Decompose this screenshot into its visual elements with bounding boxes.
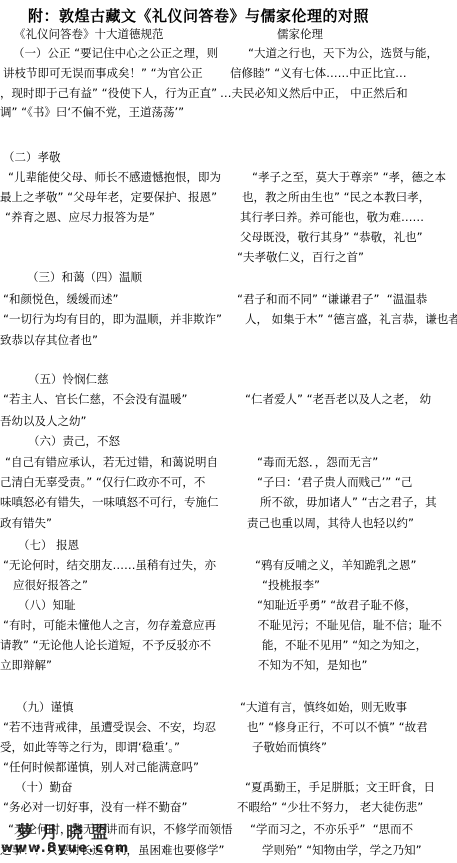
right-text-line: “知耻近乎勇” “故君子耻不修， (257, 598, 417, 613)
right-column-header: 儒家伦理 (277, 27, 323, 42)
right-text-line: 不暇给” “少壮不努力， 老大徒伤悲” (237, 800, 423, 815)
left-text-line: 讲枝节即可无误而事成矣！” “为官公正 (3, 66, 203, 81)
right-text-line: “大道有言，慎终如始，则无败事 (240, 700, 407, 715)
left-text-line: 最上之孝敬” “父母年老，定要保护、报恩” (0, 190, 217, 205)
left-column-header: 《礼仪问答卷》十大道德规范 (14, 27, 164, 42)
right-text-line: 不知为不知，是知也” (258, 658, 367, 673)
left-text-line: “养育之恩、应尽力报答为是” (5, 210, 155, 225)
section-heading: （七） 报恩 (18, 538, 79, 553)
left-text-line: “一切行为均有目的，即为温顺，并非欺诈” (3, 312, 222, 327)
section-heading: （九）谨慎 (16, 700, 74, 715)
right-text-line: 责己也重以周，其待人也轻以约” (247, 516, 414, 531)
left-text-line: 受，如此等等之行为，即谓‘稳重’。” (0, 740, 180, 755)
right-text-line: 能，不耻不见用” “知之为知之， (262, 638, 427, 653)
left-text-line: 吾幼以及人之幼” (0, 414, 86, 429)
right-text-line: 所不欲，毋加诸人” “古之君子，其 (260, 495, 437, 510)
left-text-line: “务必对一切好事，没有一样不勤奋” (3, 800, 187, 815)
right-text-line: 也，教之所由生也” “民之本教曰孝， (242, 190, 430, 205)
right-text-line: “夫孝敬仁义，百行之首” (237, 250, 364, 265)
section-heading: （六）责己，不怒 (28, 434, 120, 449)
section-heading: （五）怜悯仁慈 (28, 372, 109, 387)
left-text-line: 己清白无辜受责。” “仅行仁政亦不可，不 (0, 475, 205, 490)
section-heading: （十）勤奋 (15, 780, 73, 795)
right-text-line: “孝子之至，莫大于尊亲” “孝，德之本 (252, 170, 446, 185)
left-text-line: 味嗔怒必有错失，一味嗔怒不可行，专施仁 (0, 495, 219, 510)
right-text-line: 子敬始而慎终” (252, 740, 327, 755)
left-text-line: “任何时候都谨慎，别人对己能满意吗” (3, 760, 199, 775)
left-text-line: “和颜悦色，缓缓而述” (3, 292, 118, 307)
left-text-line: 立即辩解” (0, 658, 52, 673)
left-text-line: “若不违背戒律，虽遭受误会、不安，均忍 (3, 720, 216, 735)
right-text-line: “子曰：‘君子贵人而贱己’” “己 (257, 475, 412, 490)
right-text-line: “投桃报李” (262, 578, 320, 593)
right-text-line: “毒而无怒．，怨而无言” (257, 455, 378, 470)
right-text-line: “鸦有反哺之义，羊知跪乳之恩” (255, 558, 416, 573)
right-text-line: “仁者爱人” “老吾老以及人之老， 幼 (245, 392, 431, 407)
right-text-line: “学而习之，不亦乐乎” “思而不 (250, 822, 413, 837)
left-text-line: “无论何时，结交朋友……虽稍有过失，亦 (3, 558, 216, 573)
right-text-line: “夏禹勤王，手足胼胝；文王旰食，日 (245, 780, 435, 795)
left-text-line: “无论何时，皆无不讲而有识，不修学而领悟 (8, 822, 232, 837)
right-text-line: “君子和而不同” “谦谦君子” “温温恭 (237, 292, 427, 307)
right-text-line: 父母既没，敬行其身” “恭敬，礼也” (240, 230, 423, 245)
section-heading: （二）孝敬 (3, 150, 61, 165)
left-text-line: ，现时即于己有益” “役使下人，行为正直” (0, 86, 217, 101)
left-text-line: 请教” “无论他人论长道短，不予反驳亦不 (0, 638, 211, 653)
section-heading: （三）和蔼（四）温顺 (27, 270, 142, 285)
right-text-line: …夫民必知义然后中正， 中正然后和 (220, 86, 408, 101)
left-text-line: 之事！？只要对长远有利，虽困难也要修学” (0, 843, 224, 858)
right-text-line: 人， 如集于木” “德言盛，礼言恭，谦也者， (245, 312, 457, 327)
right-text-line: 也” “修身正行，不可以不慎” “故君 (247, 720, 428, 735)
left-text-line: “有时，可能未懂他人之言，勿存羞意应再 (3, 618, 216, 633)
left-text-line: “儿辈能使父母、师长不感遗憾抱恨，即为 (8, 170, 221, 185)
right-text-line: 不耻见污；不耻见信，耻不信；耻不 (258, 618, 442, 633)
right-text-line: 信修睦” “义有七体……中正比宜… (230, 66, 407, 81)
section-heading: （八）知耻 (18, 598, 76, 613)
left-text-line: “若主人、官长仁慈，不会没有温暖” (3, 392, 187, 407)
left-text-line: 政有错失” (0, 516, 52, 531)
right-text-line: 学则殆” “知物由学，学之乃知” (262, 843, 422, 858)
left-text-line: 调” “《书》曰‘不偏不党，王道荡荡’” (0, 105, 184, 120)
left-text-line: 应很好报答之” (13, 578, 88, 593)
left-text-line: 致恭以存其位者也” (0, 333, 98, 348)
right-text-line: “大道之行也，天下为公，选贤与能， (248, 46, 438, 61)
right-text-line: 其行孝曰养。养可能也，敬为难…… (240, 210, 424, 225)
page-title: 附：敦煌古藏文《礼仪问答卷》与儒家伦理的对照 (28, 5, 369, 26)
left-text-line: “自己有错应承认，若无过错，和蔼说明自 (5, 455, 218, 470)
left-text-line: （一）公正 “要记住中心之公正之理，则 (13, 46, 218, 61)
document-page: 附：敦煌古藏文《礼仪问答卷》与儒家伦理的对照 萝月晓盟 www.8yue.com… (0, 0, 457, 863)
